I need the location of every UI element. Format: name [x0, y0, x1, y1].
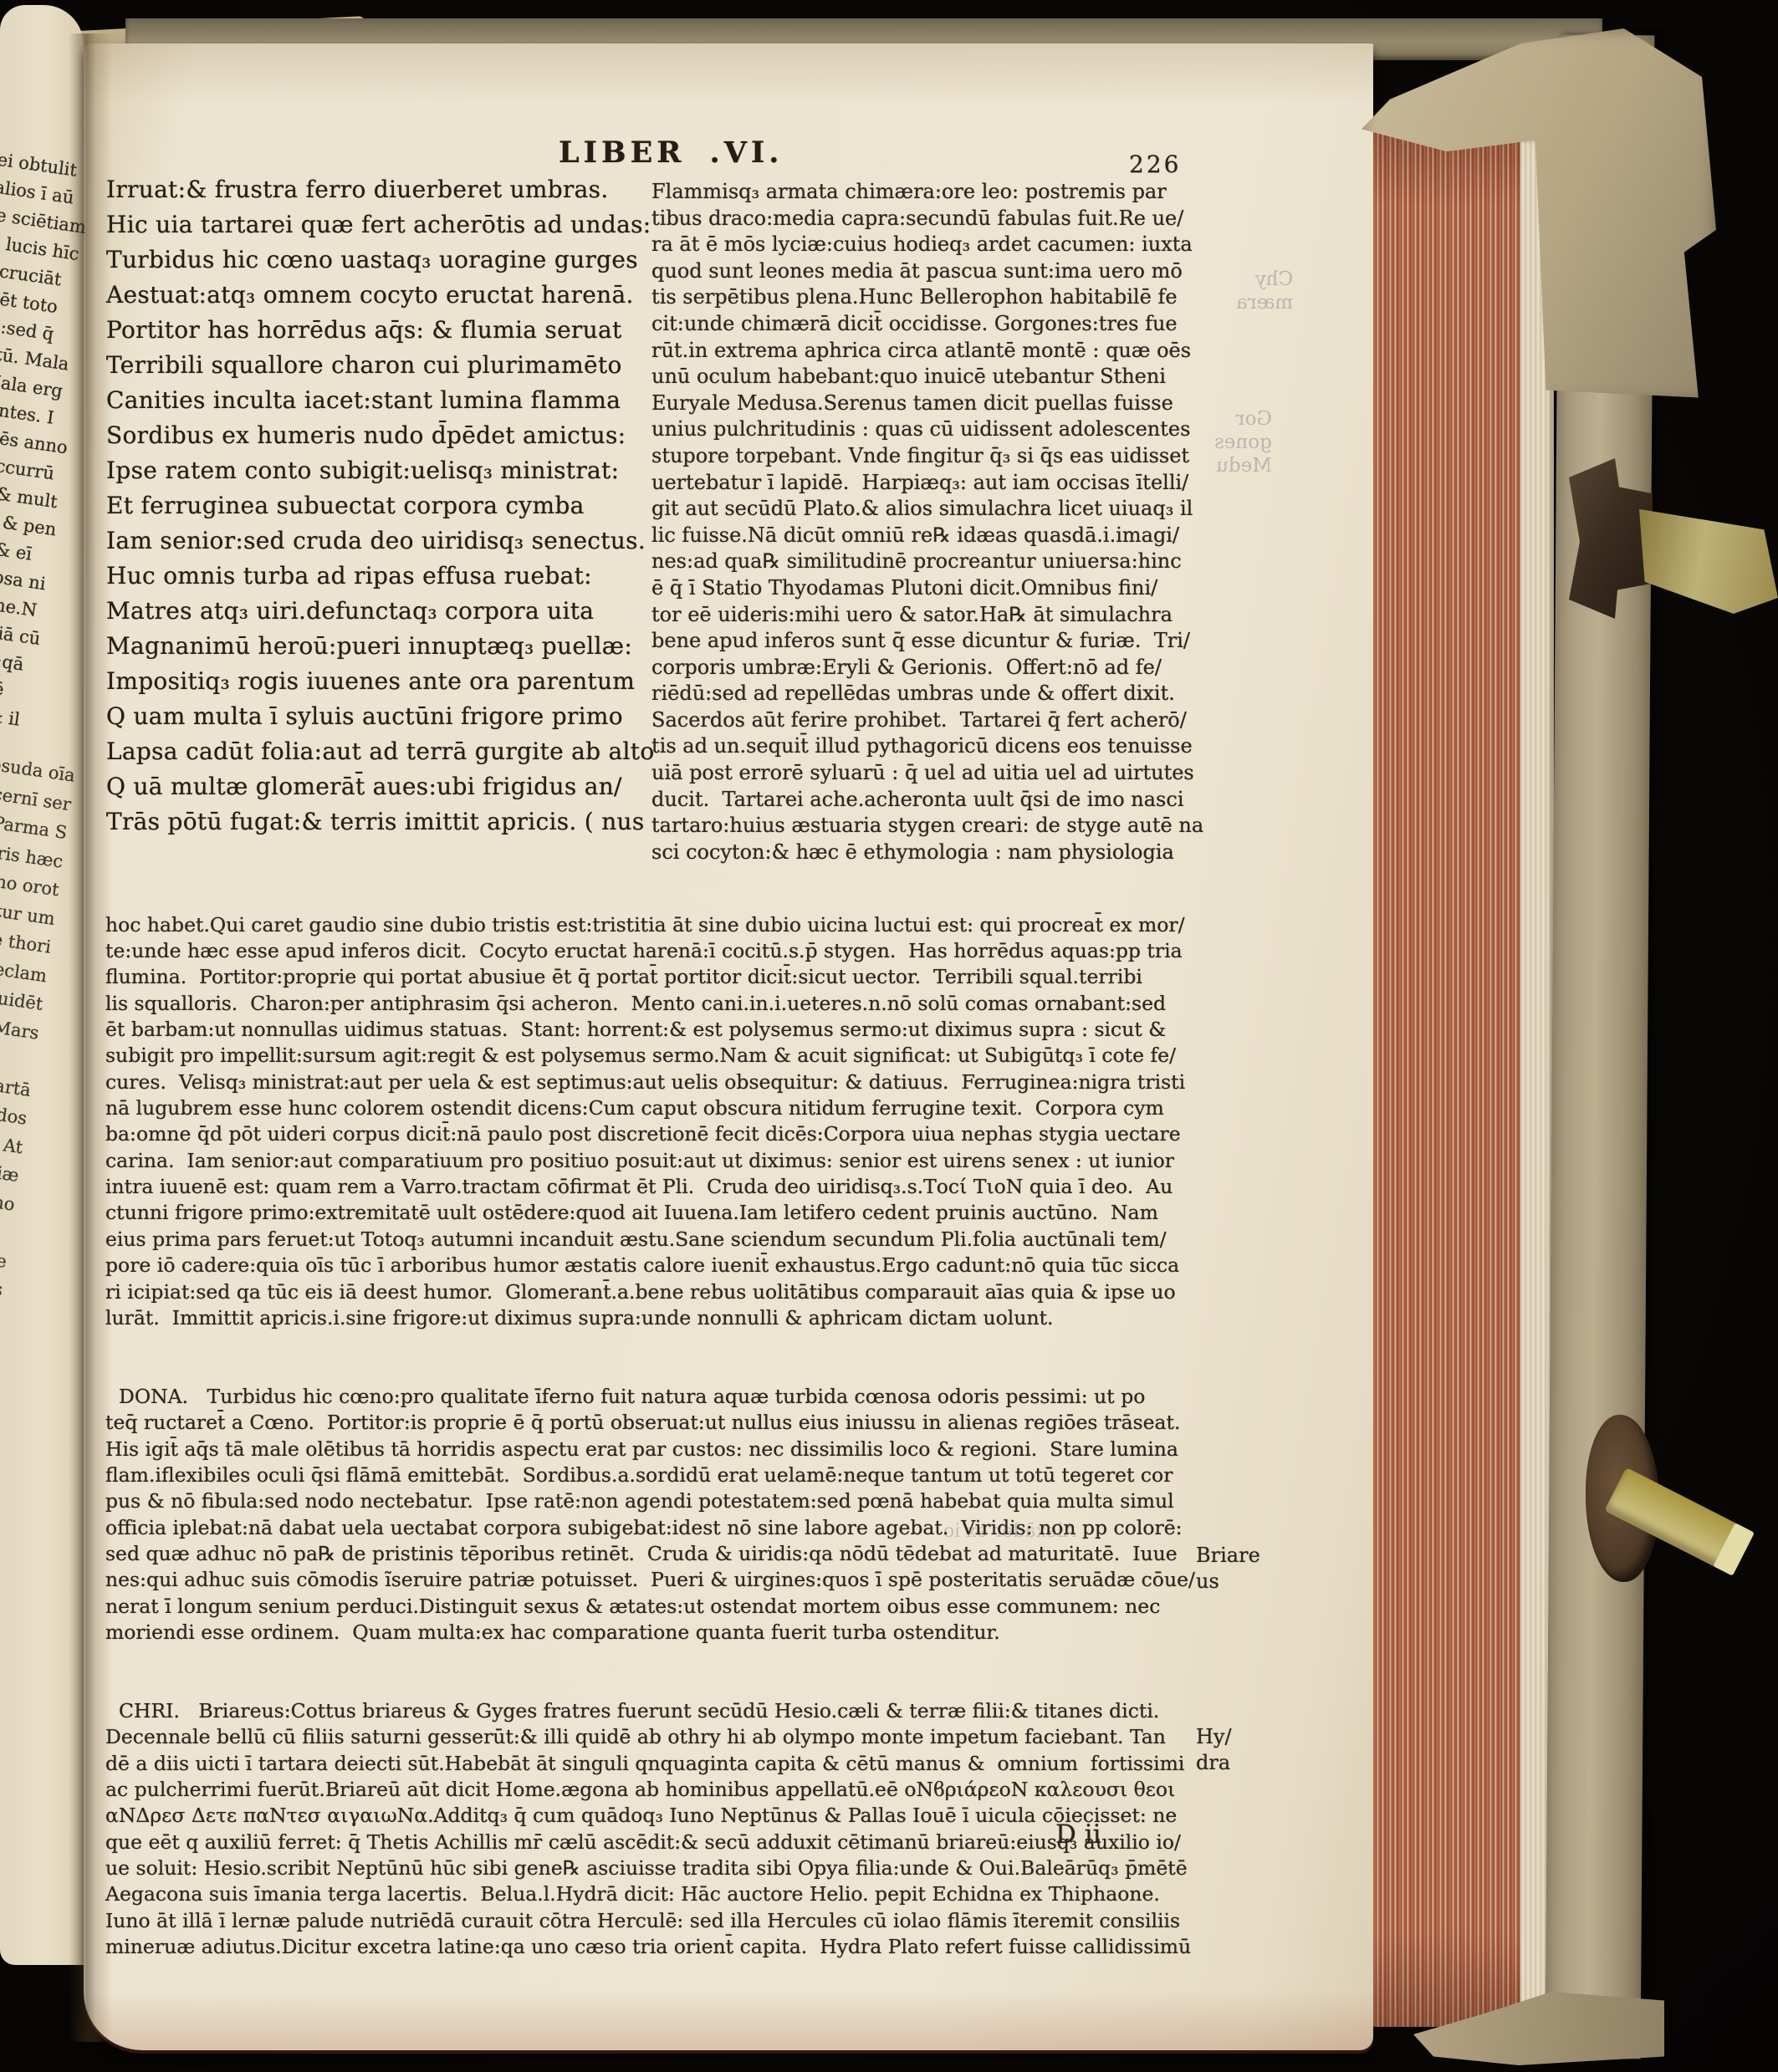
full-width-commentary: hoc habet.Qui caret gaudio sine dubio tr…: [105, 860, 1201, 2013]
commentary-block-chri: CHRI. Briareus:Cottus briareus & Gyges f…: [105, 1698, 1201, 1960]
upper-clasp-strap: [1639, 500, 1778, 614]
red-stained-fore-edge: [1373, 130, 1520, 2027]
running-title: LIBER .VI.: [559, 135, 783, 170]
marginal-note-hydra: Hy/ dra: [1196, 1724, 1232, 1777]
show-through-ghost-text-1: Chy mæra: [1236, 268, 1293, 314]
marginal-note-briareus: Briare us: [1196, 1543, 1260, 1595]
facing-page-text-fragments-top: ersam ei obtulit secundū alios ī aū āt p…: [0, 135, 79, 732]
signature-mark: D ii: [1055, 1819, 1101, 1850]
poem-column-verses: Irruat:& frustra ferro diuerberet umbras…: [106, 172, 655, 840]
incunabulum-photo: ersam ei obtulit secundū alios ī aū āt p…: [0, 0, 1778, 2072]
commentary-column-right: Flammisq₃ armata chimæra:ore leo: postre…: [651, 179, 1203, 865]
commentary-block-1: hoc habet.Qui caret gaudio sine dubio tr…: [105, 912, 1201, 1332]
commentary-block-dona: DONA. Turbidus hic cœno:pro qualitate īf…: [105, 1384, 1201, 1646]
page-number: 226: [1129, 151, 1181, 178]
facing-page-text-fragments-bottom: rosuda oīa cernī ser Parma S fris hæc ē …: [0, 740, 77, 1419]
show-through-ghost-text-2: Gor gones Medu: [1214, 407, 1272, 477]
